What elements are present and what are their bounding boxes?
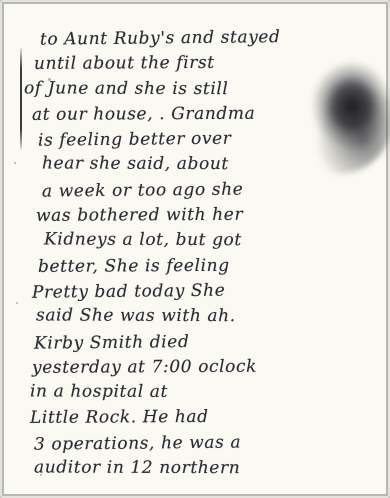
handwritten-line: of June and she is still [4, 78, 386, 105]
handwritten-line: yesterday at 7:00 oclock [4, 356, 386, 383]
handwritten-text-block: to Aunt Ruby's and stayed until about th… [4, 28, 386, 483]
handwritten-line: said She was with ah. [4, 306, 386, 333]
letter-paper: to Aunt Ruby's and stayed until about th… [4, 4, 386, 494]
handwritten-line: until about the first [4, 52, 386, 79]
handwritten-line: Pretty bad today She [4, 279, 386, 308]
handwritten-line: at our house, . Grandma [4, 103, 386, 130]
handwritten-line: better, She is feeling [4, 255, 386, 282]
handwritten-line: was bothered with her [4, 204, 386, 231]
handwritten-line: Kirby Smith died [4, 330, 386, 359]
handwritten-line: auditor in 12 northern [4, 457, 386, 484]
handwritten-line: Kidneys a lot, but got [4, 230, 386, 257]
scanned-letter-page: to Aunt Ruby's and stayed until about th… [0, 0, 390, 498]
handwritten-line: 3 operations, he was a [4, 431, 386, 460]
handwritten-line: a week or too ago she [4, 178, 386, 207]
handwritten-line: in a hospital at [4, 381, 386, 408]
handwritten-line: to Aunt Ruby's and stayed [4, 26, 386, 55]
handwritten-line: hear she said, about [4, 154, 386, 181]
handwritten-line: is feeling better over [4, 127, 386, 156]
handwritten-line: Little Rock. He had [4, 406, 386, 433]
